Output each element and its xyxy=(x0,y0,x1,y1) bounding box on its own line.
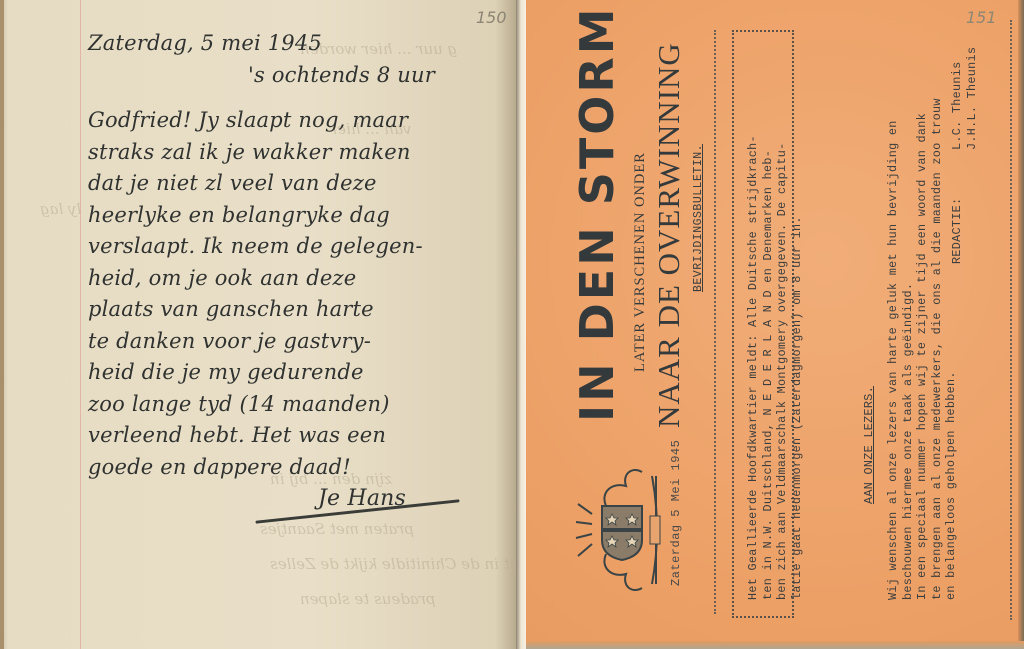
book-spine xyxy=(516,0,526,649)
page-edge xyxy=(526,641,1024,649)
letter-line: verleend hebt. Het was een xyxy=(88,420,508,452)
bleed-through-text: ly lag xyxy=(40,200,81,218)
letter-line: straks zal ik je wakker maken xyxy=(88,137,508,169)
letter-line: verslaapt. Ik neem de gelegen- xyxy=(88,231,508,263)
bleed-through-text: praten met Saantjes xyxy=(260,520,414,538)
letter-line: goede en dappere daad! xyxy=(88,452,508,484)
readers-line: en belangeloos geholpen hebben. xyxy=(944,98,959,600)
newsletter-page: 151 IN DEN STORM LATER VERSCHENEN ONDER … xyxy=(526,0,1024,649)
section-label: BEVRIJDINGSBULLETIN. xyxy=(692,144,705,292)
letter-line: heid, om je ook aan deze xyxy=(88,263,508,295)
letter-line: zoo lange tyd (14 maanden) xyxy=(88,389,508,421)
page-number: 151 xyxy=(966,8,997,27)
bleed-through-text: het in de Chinitidle kijkt de Zelles xyxy=(270,555,516,573)
announcement-text: Het Geallieerde Hoofdkwartier meldt: All… xyxy=(746,135,804,600)
issue-date: Zaterdag 5 Mei 1945 xyxy=(669,440,683,586)
editor-name: L.C. Theunis xyxy=(950,47,965,150)
readers-message: Wij wenschen al onze lezers van harte ge… xyxy=(886,98,959,600)
letter-line: te danken voor je gastvry- xyxy=(88,326,508,358)
letter-line: heid die je my gedurende xyxy=(88,357,508,389)
newsletter-subtitle: LATER VERSCHENEN ONDER xyxy=(632,152,649,372)
page-number: 150 xyxy=(476,8,507,27)
newsletter-title: IN DEN STORM xyxy=(570,5,624,422)
spacer xyxy=(88,91,508,105)
bleed-through-text: pradeus te slapen xyxy=(300,590,436,608)
announcement-line: ten in N.W. Duitschland, N E D E R L A N… xyxy=(761,135,776,600)
newsletter-new-title: NAAR DE OVERWINNING xyxy=(651,42,687,428)
margin-line xyxy=(80,0,81,649)
letter-line: dat je niet zl veel van deze xyxy=(88,168,508,200)
announcement-line: ben zich aan Veldmaarschalk Montgomery o… xyxy=(775,135,790,600)
readers-line: beschouwen hiermee onze taak als geëindi… xyxy=(901,98,916,600)
readers-line: te brengen aan al onze medewerkers, die … xyxy=(930,98,945,600)
readers-line: In een speciaal nummer hopen wij te zijn… xyxy=(915,98,930,600)
diary-page: g uur ... hier worden van ... hier ly la… xyxy=(0,0,516,649)
readers-line: Wij wenschen al onze lezers van harte ge… xyxy=(886,98,901,600)
readers-heading: AAN ONZE LEZERS. xyxy=(862,386,876,504)
dotted-border xyxy=(714,30,717,614)
editorial-label: REDACTIE: xyxy=(950,198,964,264)
editor-name: J.H.L. Theunis xyxy=(965,47,980,150)
letter-line: heerlyke en belangryke dag xyxy=(88,200,508,232)
page-edge xyxy=(0,0,4,649)
editor-names: L.C. Theunis J.H.L. Theunis xyxy=(950,47,979,150)
announcement-line: latie gaat hedenmorgen (Zaterdagmorgen) … xyxy=(790,135,805,600)
dotted-border xyxy=(1010,20,1013,620)
time-line: 's ochtends 8 uur xyxy=(88,60,508,92)
letter-line: Godfried! Jy slaapt nog, maar xyxy=(88,105,508,137)
date-line: Zaterdag, 5 mei 1945 xyxy=(88,28,508,60)
announcement-line: Het Geallieerde Hoofdkwartier meldt: All… xyxy=(746,135,761,600)
signature: Je Hans xyxy=(88,483,508,515)
handwritten-letter: Zaterdag, 5 mei 1945 's ochtends 8 uur G… xyxy=(88,28,508,515)
letter-line: plaats van ganschen harte xyxy=(88,294,508,326)
page-edge xyxy=(1018,0,1024,649)
coat-of-arms-icon xyxy=(572,462,668,598)
